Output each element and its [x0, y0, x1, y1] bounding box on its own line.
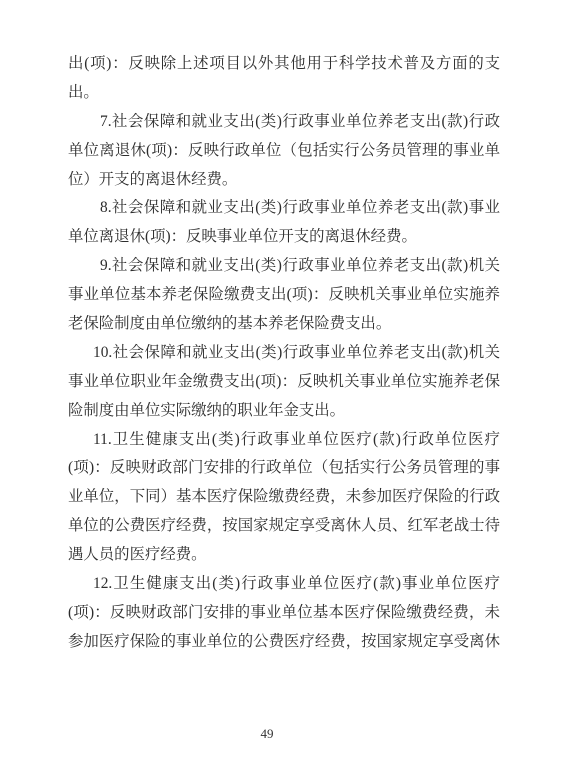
paragraph-item-12: 12.卫生健康支出(类)行政事业单位医疗(款)事业单位医疗 (项)：反映财政部门…: [68, 570, 500, 657]
text-line: 单位的公费医疗经费，按国家规定享受离休人员、红军老战士待: [68, 512, 500, 541]
paragraph-item-7: 7.社会保障和就业支出(类)行政事业单位养老支出(款)行政 单位离退休(项)：反…: [68, 108, 500, 195]
page-footer: 49: [0, 726, 534, 741]
text-line: 出(项)：反映除上述项目以外其他用于科学技术普及方面的支: [68, 50, 500, 79]
paragraph-item-8: 8.社会保障和就业支出(类)行政事业单位养老支出(款)事业 单位离退休(项)：反…: [68, 194, 500, 252]
page-number: 49: [261, 726, 274, 741]
text-line: 险制度由单位实际缴纳的职业年金支出。: [68, 397, 500, 426]
text-line: 单位离退休(项)：反映事业单位开支的离退休经费。: [68, 223, 500, 252]
text-line: 位）开支的离退休经费。: [68, 166, 500, 195]
text-line: 事业单位职业年金缴费支出(项)：反映机关事业单位实施养老保: [68, 368, 500, 397]
document-page: 出(项)：反映除上述项目以外其他用于科学技术普及方面的支 出。 7.社会保障和就…: [0, 0, 566, 762]
text-line: 出。: [68, 79, 500, 108]
text-line: 7.社会保障和就业支出(类)行政事业单位养老支出(款)行政: [68, 108, 500, 137]
text-line: 8.社会保障和就业支出(类)行政事业单位养老支出(款)事业: [68, 194, 500, 223]
paragraph-item-9: 9.社会保障和就业支出(类)行政事业单位养老支出(款)机关 事业单位基本养老保险…: [68, 252, 500, 339]
document-body: 出(项)：反映除上述项目以外其他用于科学技术普及方面的支 出。 7.社会保障和就…: [68, 50, 500, 657]
paragraph-continuation: 出(项)：反映除上述项目以外其他用于科学技术普及方面的支 出。: [68, 50, 500, 108]
text-line: 10.社会保障和就业支出(类)行政事业单位养老支出(款)机关: [68, 339, 500, 368]
text-line: (项)：反映财政部门安排的事业单位基本医疗保险缴费经费，未: [68, 599, 500, 628]
text-line: (项)：反映财政部门安排的行政单位（包括实行公务员管理的事: [68, 454, 500, 483]
text-line: 事业单位基本养老保险缴费支出(项)：反映机关事业单位实施养: [68, 281, 500, 310]
text-line: 11.卫生健康支出(类)行政事业单位医疗(款)行政单位医疗: [68, 426, 500, 455]
text-line: 9.社会保障和就业支出(类)行政事业单位养老支出(款)机关: [68, 252, 500, 281]
paragraph-item-10: 10.社会保障和就业支出(类)行政事业单位养老支出(款)机关 事业单位职业年金缴…: [68, 339, 500, 426]
text-line: 遇人员的医疗经费。: [68, 541, 500, 570]
text-line: 单位离退休(项)：反映行政单位（包括实行公务员管理的事业单: [68, 137, 500, 166]
text-line: 老保险制度由单位缴纳的基本养老保险费支出。: [68, 310, 500, 339]
paragraph-item-11: 11.卫生健康支出(类)行政事业单位医疗(款)行政单位医疗 (项)：反映财政部门…: [68, 426, 500, 570]
text-line: 12.卫生健康支出(类)行政事业单位医疗(款)事业单位医疗: [68, 570, 500, 599]
text-line: 参加医疗保险的事业单位的公费医疗经费，按国家规定享受离休: [68, 628, 500, 657]
text-line: 业单位，下同）基本医疗保险缴费经费，未参加医疗保险的行政: [68, 483, 500, 512]
